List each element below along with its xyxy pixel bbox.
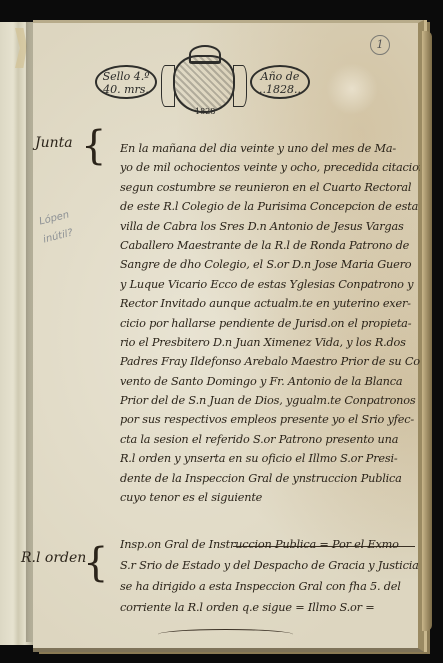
royal-order-text: Insp.on Gral de Instruccion Publica = Po… <box>120 534 420 618</box>
emblem-ribbon-year: 1828 <box>195 107 215 116</box>
text-line: Rector Invitado aunque actualm.te en yut… <box>120 294 420 313</box>
stamped-seal-header: Sello 4.º 40. mrs. 1828 Año de ..1828.. <box>95 45 310 113</box>
margin-heading-junta: Junta <box>35 135 73 151</box>
closing-flourish <box>158 629 293 640</box>
stamp-price: 40. mrs. <box>97 83 155 96</box>
pencil-note: Lópen <box>38 209 70 227</box>
page-edge <box>422 31 432 631</box>
royal-coat-of-arms-icon <box>173 55 235 113</box>
folio-number: 1 <box>370 35 390 55</box>
manuscript-scan: Sello 4.º 40. mrs. 1828 Año de ..1828.. … <box>0 0 443 663</box>
text-line: villa de Cabra los Sres D.n Antonio de J… <box>120 217 420 236</box>
text-line: cuyo tenor es el siguiente <box>120 488 420 507</box>
embossed-seal <box>326 63 378 115</box>
brace-icon: { <box>81 126 106 166</box>
stamp-year: ..1828.. <box>252 83 308 96</box>
text-line: por sus respectivos empleos presente yo … <box>120 410 420 429</box>
text-line: cta la sesion el referido S.or Patrono p… <box>120 430 420 449</box>
pencil-note: inútil? <box>42 228 74 246</box>
stamp-right-oval: Año de ..1828.. <box>250 65 310 99</box>
text-line: corriente la R.l orden q.e sigue = Illmo… <box>120 597 420 618</box>
minutes-body: En la mañana del dia veinte y uno del me… <box>120 139 420 507</box>
text-line: y Luque Vicario Ecco de estas Yglesias C… <box>120 275 420 294</box>
text-line: rio el Presbitero D.n Juan Ximenez Vida,… <box>120 333 420 352</box>
stamp-left-oval: Sello 4.º 40. mrs. <box>95 65 157 99</box>
text-line: se ha dirigido a esta Inspeccion Gral co… <box>120 576 420 597</box>
text-line: Caballero Maestrante de la R.l de Ronda … <box>120 236 420 255</box>
text-line: S.r Srio de Estado y del Despacho de Gra… <box>120 555 420 576</box>
text-line: R.l orden y ynserta en su oficio el Illm… <box>120 449 420 468</box>
text-line: segun costumbre se reunieron en el Cuart… <box>120 178 420 197</box>
text-line: yo de mil ochocientos veinte y ocho, pre… <box>120 158 420 177</box>
text-line: cicio por hallarse pendiente de Jurisd.o… <box>120 314 420 333</box>
ornament-right-icon <box>233 65 247 107</box>
text-line: Sangre de dho Colegio, el S.or D.n Jose … <box>120 255 420 274</box>
brace-icon: { <box>83 543 108 583</box>
text-line: Prior del de S.n Juan de Dios, ygualm.te… <box>120 391 420 410</box>
stamp-seal-class: Sello 4.º <box>97 70 155 83</box>
text-line: dente de la Inspeccion Gral de ynstrucci… <box>120 469 420 488</box>
text-line: vento de Santo Domingo y Fr. Antonio de … <box>120 372 420 391</box>
margin-heading-royal-order: R.l orden <box>21 550 86 566</box>
text-line: Padres Fray Ildefonso Arebalo Maestro Pr… <box>120 352 420 371</box>
text-line: Insp.on Gral de Instruccion Publica = Po… <box>120 534 420 555</box>
stamp-year-label: Año de <box>252 70 308 83</box>
text-line: de este R.l Colegio de la Purisima Conce… <box>120 197 420 216</box>
manuscript-page: Sello 4.º 40. mrs. 1828 Año de ..1828.. … <box>33 20 424 652</box>
text-line: En la mañana del dia veinte y uno del me… <box>120 139 420 158</box>
